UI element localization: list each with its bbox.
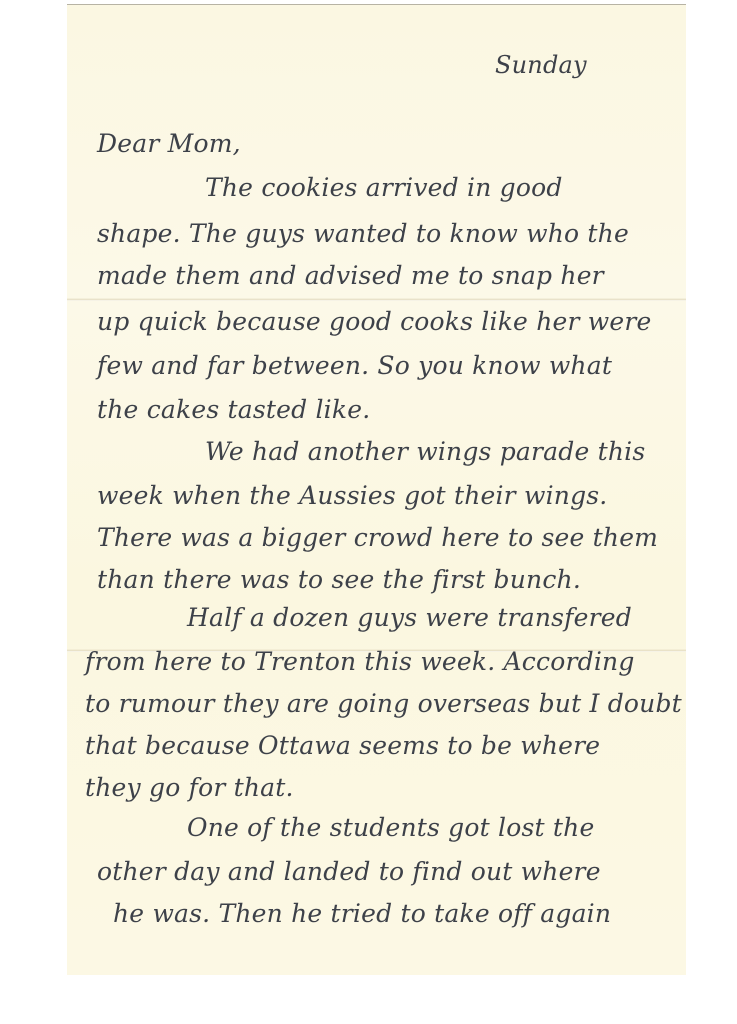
letter-line: There was a bigger crowd here to see the… — [97, 523, 658, 552]
letter-salutation: Dear Mom, — [97, 129, 241, 158]
letter-line: few and far between. So you know what — [97, 351, 612, 380]
letter-line: from here to Trenton this week. Accordin… — [85, 647, 635, 676]
letter-line: made them and advised me to snap her — [97, 261, 604, 290]
fold-crease — [67, 298, 686, 301]
letter-line: Half a dozen guys were transfered — [187, 603, 632, 632]
letter-page: Sunday Dear Mom, The cookies arrived in … — [67, 4, 686, 975]
letter-line: they go for that. — [85, 773, 294, 802]
letter-line: to rumour they are going overseas but I … — [85, 689, 682, 718]
letter-line: shape. The guys wanted to know who the — [97, 219, 629, 248]
letter-date: Sunday — [495, 51, 587, 79]
letter-line: the cakes tasted like. — [97, 395, 370, 424]
letter-line: other day and landed to find out where — [97, 857, 601, 886]
letter-line: up quick because good cooks like her wer… — [97, 307, 652, 336]
letter-line: that because Ottawa seems to be where — [85, 731, 600, 760]
letter-line: We had another wings parade this — [205, 437, 645, 466]
letter-line: than there was to see the first bunch. — [97, 565, 581, 594]
letter-line: One of the students got lost the — [187, 813, 594, 842]
letter-line: he was. Then he tried to take off again — [113, 899, 611, 928]
letter-line: The cookies arrived in good — [205, 173, 563, 202]
letter-line: week when the Aussies got their wings. — [97, 481, 607, 510]
